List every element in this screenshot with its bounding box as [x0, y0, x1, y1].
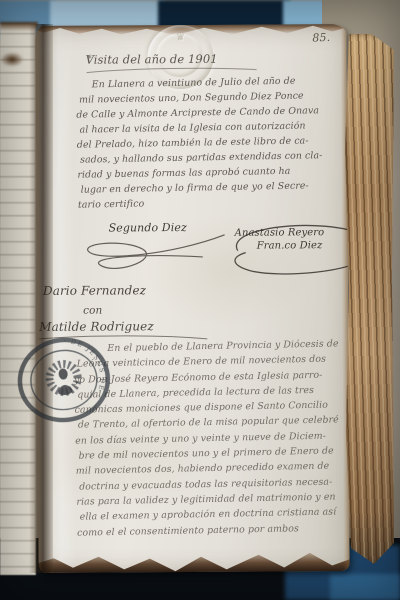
book-fore-edge: [344, 34, 394, 564]
background-fabric-bottom: [330, 574, 400, 600]
burnt-spot: [0, 52, 24, 67]
signature-flourish: [220, 220, 350, 279]
manuscript-page: 85. ♛ ✶Visita del año de 1901 En Llanera…: [35, 24, 349, 573]
visita-paragraph: En Llanera a veintiuno de Julio del año …: [76, 75, 336, 215]
book-gutter-shadow: [29, 24, 53, 573]
heading-underline-stroke: [85, 66, 260, 75]
record-groom-name: Dario Fernandez: [43, 283, 146, 298]
signature-flourish: [77, 229, 237, 278]
burnt-edge-bottom: [35, 543, 349, 573]
visita-heading-text: Visita del año de 1901: [85, 52, 217, 67]
crown-icon: ♛: [147, 30, 213, 43]
page-number: 85.: [312, 31, 330, 45]
manuscript-photo: 85. ♛ ✶Visita del año de 1901 En Llanera…: [0, 0, 400, 600]
record-conjunction: con: [83, 305, 102, 317]
saint-figure-icon: [58, 368, 68, 380]
record-paragraph: En el pueblo de Llanera Provincia y Dióc…: [73, 338, 345, 542]
parish-ink-stamp: · DE JESUS DE ·: [9, 328, 120, 433]
